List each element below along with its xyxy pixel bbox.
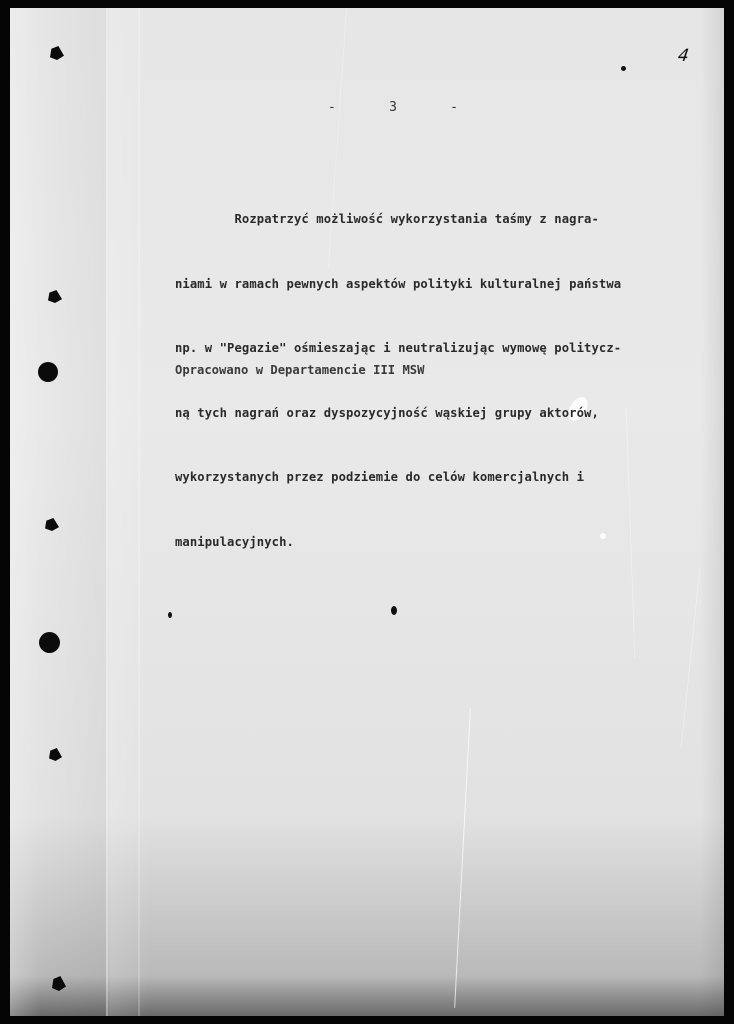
ink-dot bbox=[391, 606, 397, 615]
punch-hole-icon bbox=[38, 362, 58, 382]
signoff-line: Opracowano w Departamencie III MSW bbox=[175, 363, 424, 377]
paragraph-line: Rozpatrzyć możliwość wykorzystania taśmy… bbox=[175, 209, 715, 231]
punch-hole-icon bbox=[45, 518, 59, 531]
ink-dot bbox=[168, 612, 172, 618]
paragraph-line: ną tych nagrań oraz dyspozycyjność wąski… bbox=[175, 403, 715, 425]
paragraph-line: manipulacyjnych. bbox=[175, 532, 715, 554]
paragraph-line: niami w ramach pewnych aspektów polityki… bbox=[175, 274, 715, 296]
fold-line bbox=[106, 8, 108, 1016]
typed-page-number: - 3 - bbox=[328, 100, 458, 115]
punch-hole-icon bbox=[50, 46, 64, 60]
ink-dot bbox=[621, 66, 626, 71]
page-number-dash-right: - bbox=[450, 100, 458, 115]
paragraph-line: np. w "Pegazie" ośmieszając i neutralizu… bbox=[175, 338, 715, 360]
handwritten-page-number: 4 bbox=[677, 46, 691, 66]
film-scratch bbox=[454, 708, 471, 1008]
fold-line bbox=[138, 8, 140, 1016]
page-number-value: 3 bbox=[389, 100, 397, 115]
punch-hole-icon bbox=[52, 976, 66, 991]
paragraph-line: wykorzystanych przez podziemie do celów … bbox=[175, 467, 715, 489]
punch-hole-icon bbox=[48, 290, 62, 303]
punch-hole-icon bbox=[49, 748, 62, 761]
page-number-dash-left: - bbox=[328, 100, 336, 115]
body-paragraph: Rozpatrzyć możliwość wykorzystania taśmy… bbox=[175, 166, 715, 596]
punch-hole-icon bbox=[39, 632, 60, 653]
scanned-document-page: 4 - 3 - Rozpatrzyć możliwość wykorzystan… bbox=[10, 8, 724, 1016]
